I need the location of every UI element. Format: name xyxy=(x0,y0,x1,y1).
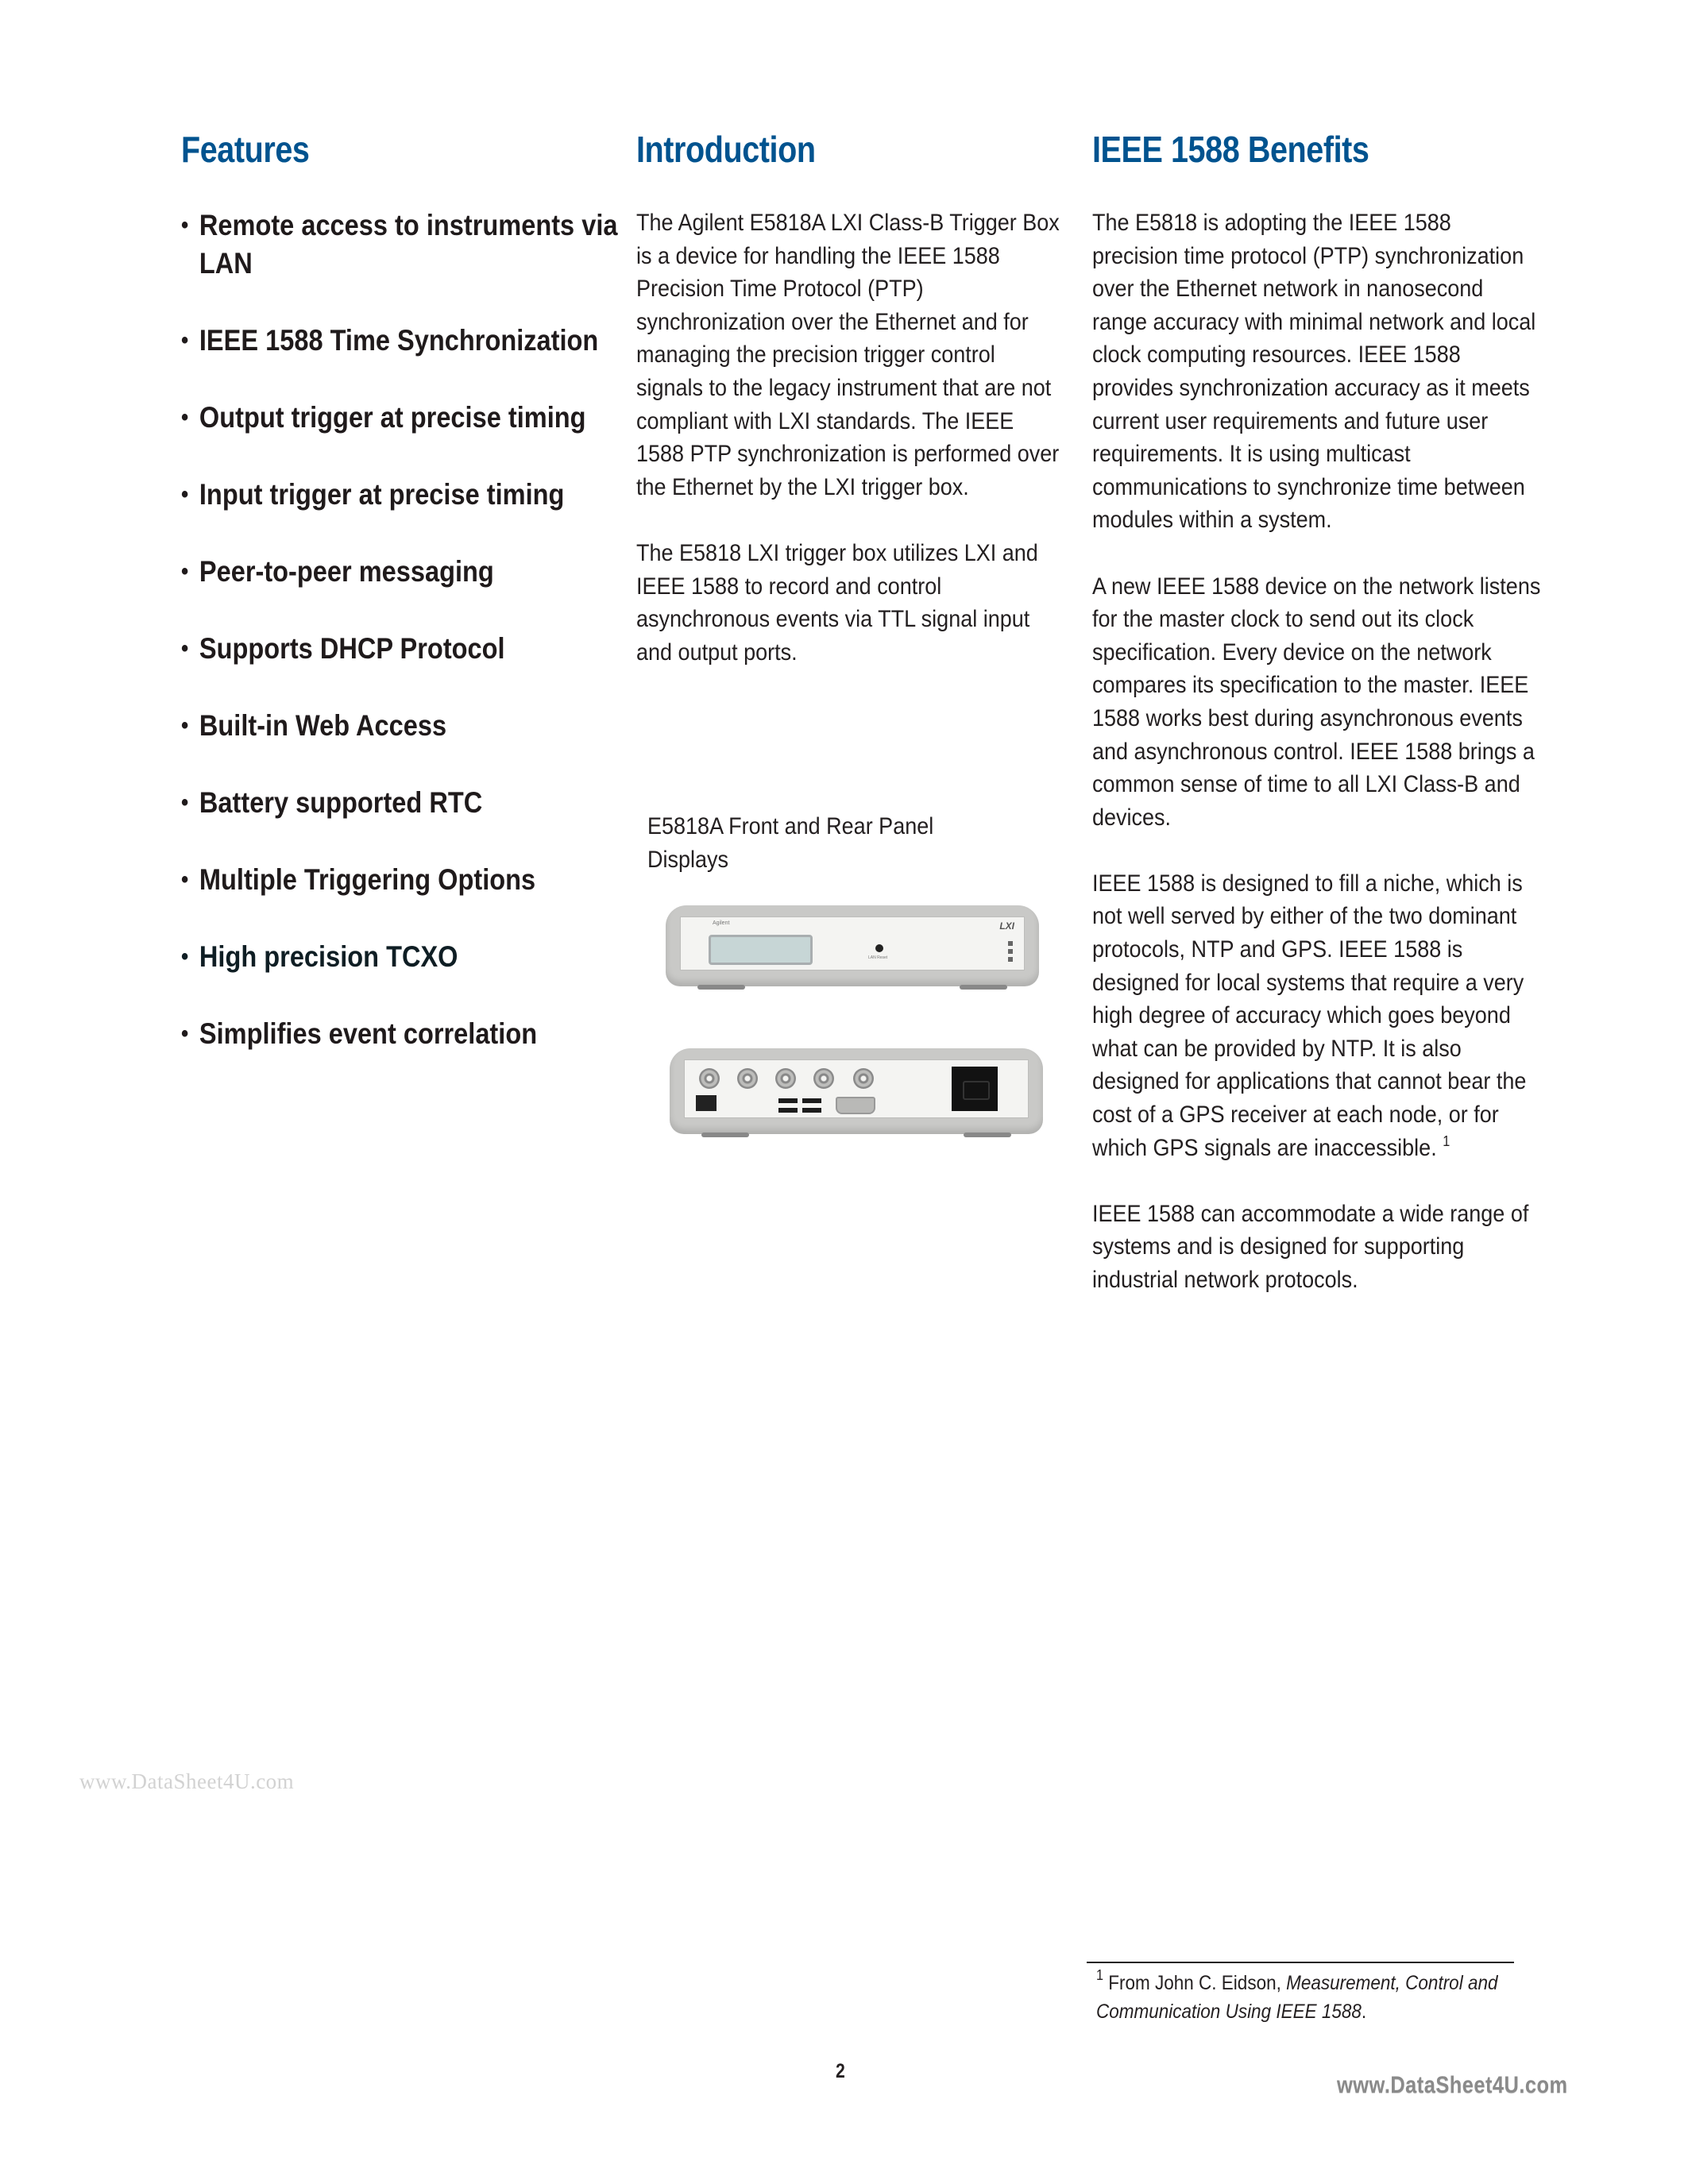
feature-item: •Output trigger at precise timing xyxy=(181,399,632,437)
bullet-icon: • xyxy=(181,707,188,745)
introduction-column: Introduction The Agilent E5818A LXI Clas… xyxy=(636,127,1065,669)
introduction-paragraph: The E5818 LXI trigger box utilizes LXI a… xyxy=(636,537,1065,669)
bullet-icon: • xyxy=(181,399,188,437)
bullet-icon: • xyxy=(181,206,188,245)
watermark-left: www.DataSheet4U.com xyxy=(79,1769,294,1794)
benefits-paragraph: The E5818 is adopting the IEEE 1588 prec… xyxy=(1092,206,1543,537)
front-panel-face: Agilent LXI LAN Reset xyxy=(680,916,1025,970)
feature-item: •Built-in Web Access xyxy=(181,707,632,745)
lan-reset-button-icon xyxy=(875,944,883,952)
rear-panel-image xyxy=(670,1048,1043,1134)
feature-item: •Peer-to-peer messaging xyxy=(181,553,632,591)
figure-caption: E5818A Front and Rear Panel Displays xyxy=(647,810,1005,876)
introduction-heading: Introduction xyxy=(636,127,1005,172)
device-foot xyxy=(697,985,745,990)
power-inlet-icon xyxy=(952,1067,998,1111)
usb-port-icon xyxy=(778,1098,798,1103)
dsub-connector-icon xyxy=(836,1097,875,1114)
benefits-column: IEEE 1588 Benefits The E5818 is adopting… xyxy=(1092,127,1537,1297)
feature-item: •Remote access to instruments via LAN xyxy=(181,206,632,283)
bullet-icon: • xyxy=(181,784,188,822)
feature-item: •Multiple Triggering Options xyxy=(181,861,632,899)
ethernet-port-icon xyxy=(696,1095,717,1111)
footnote-reference[interactable]: 1 xyxy=(1443,1133,1450,1149)
bullet-icon: • xyxy=(181,1015,188,1053)
led-indicator-icon xyxy=(1008,949,1013,954)
usb-port-icon xyxy=(778,1108,798,1113)
led-indicator-icon xyxy=(1008,941,1013,946)
benefits-paragraph: IEEE 1588 is designed to fill a niche, w… xyxy=(1092,867,1543,1164)
bnc-connector-icon xyxy=(699,1068,720,1089)
agilent-logo: Agilent xyxy=(713,920,729,926)
bullet-icon: • xyxy=(181,322,188,360)
bullet-icon: • xyxy=(181,553,188,591)
features-column: Features •Remote access to instruments v… xyxy=(181,127,610,1092)
feature-item: •Simplifies event correlation xyxy=(181,1015,632,1053)
feature-item: •IEEE 1588 Time Synchronization xyxy=(181,322,632,360)
led-indicator-icon xyxy=(1008,957,1013,962)
footnote-marker: 1 xyxy=(1096,1967,1103,1983)
features-heading: Features xyxy=(181,127,550,172)
rear-panel-face xyxy=(684,1059,1029,1118)
bnc-connector-icon xyxy=(813,1068,834,1089)
usb-port-icon xyxy=(802,1098,821,1103)
introduction-paragraph: The Agilent E5818A LXI Class-B Trigger B… xyxy=(636,206,1065,504)
lcd-display xyxy=(709,935,813,965)
lan-reset-label: LAN Reset xyxy=(868,955,887,960)
device-foot xyxy=(964,1133,1011,1137)
lxi-logo: LXI xyxy=(999,920,1014,932)
bullet-icon: • xyxy=(181,938,188,976)
footnote-divider xyxy=(1087,1962,1514,1963)
device-foot xyxy=(960,985,1007,990)
footnote: 1 From John C. Eidson, Measurement, Cont… xyxy=(1096,1969,1525,2026)
feature-item: •High precision TCXO xyxy=(181,938,632,976)
page-number: 2 xyxy=(836,2060,845,2083)
feature-item: •Input trigger at precise timing xyxy=(181,476,632,514)
bullet-icon: • xyxy=(181,630,188,668)
front-panel-image: Agilent LXI LAN Reset xyxy=(666,905,1039,986)
usb-port-icon xyxy=(802,1108,821,1113)
benefits-paragraph: IEEE 1588 can accommodate a wide range o… xyxy=(1092,1198,1543,1297)
benefits-paragraph: A new IEEE 1588 device on the network li… xyxy=(1092,570,1543,835)
watermark-right[interactable]: www.DataSheet4U.com xyxy=(1337,2072,1568,2099)
bnc-connector-icon xyxy=(853,1068,874,1089)
bullet-icon: • xyxy=(181,476,188,514)
bullet-icon: • xyxy=(181,861,188,899)
benefits-heading: IEEE 1588 Benefits xyxy=(1092,127,1475,172)
features-list: •Remote access to instruments via LAN •I… xyxy=(181,206,610,1053)
bnc-connector-icon xyxy=(737,1068,758,1089)
feature-item: •Battery supported RTC xyxy=(181,784,632,822)
device-foot xyxy=(701,1133,749,1137)
bnc-connector-icon xyxy=(775,1068,796,1089)
feature-item: •Supports DHCP Protocol xyxy=(181,630,632,668)
